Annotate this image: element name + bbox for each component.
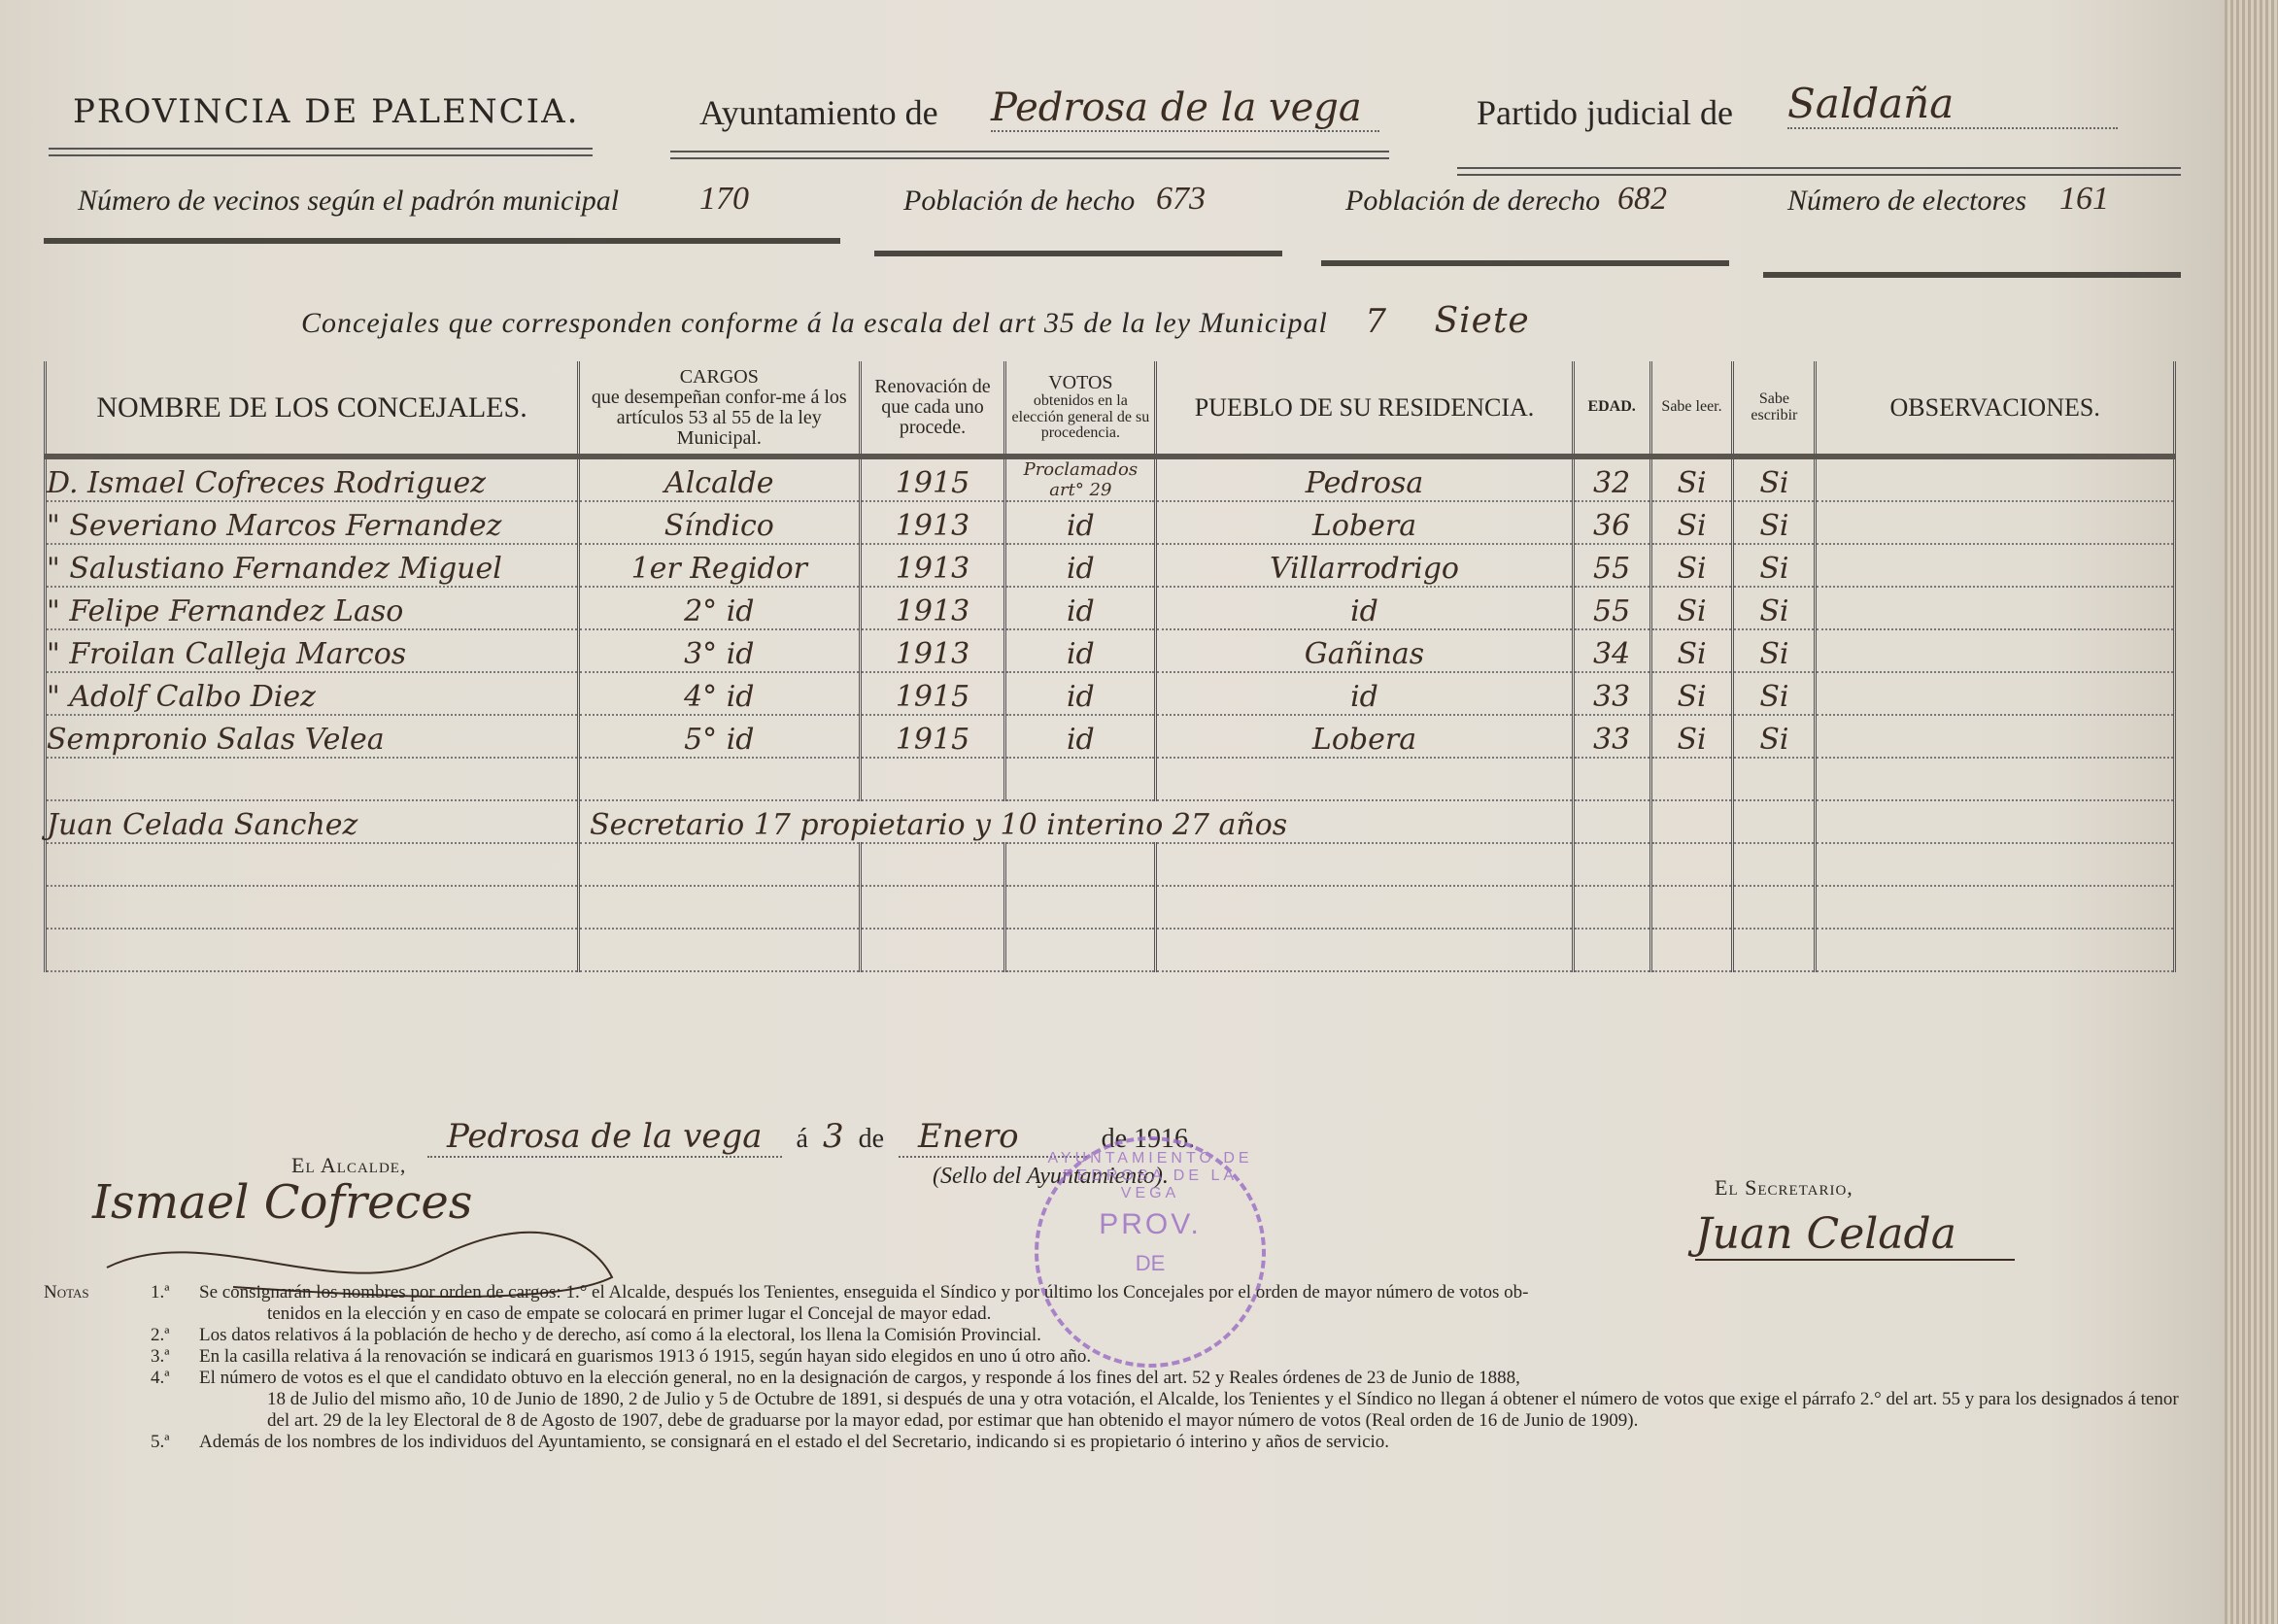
votos-title: VOTOS: [1006, 373, 1154, 393]
cell-escribir: Si: [1733, 457, 1816, 501]
cell-renovacion: [860, 758, 1005, 800]
cell-nombre: D. Ismael Cofreces Rodriguez: [46, 457, 579, 501]
table-row-secretario: Juan Celada Sanchez Secretario 17 propie…: [46, 800, 2175, 843]
cell-pueblo: Lobera: [1156, 501, 1573, 544]
col-leer: Sabe leer.: [1650, 361, 1733, 457]
electores-label: Número de electores: [1787, 185, 2026, 218]
cell-pueblo: Gañinas: [1156, 629, 1573, 672]
cell-escribir: [1733, 800, 1816, 843]
cell-edad: [1573, 886, 1650, 929]
table-row: " Froilan Calleja Marcos 3° id 1913 id G…: [46, 629, 2175, 672]
note-number: 4.ª: [151, 1368, 170, 1389]
book-page-edges: [2225, 0, 2278, 1624]
cell-escribir: [1733, 843, 1816, 886]
cell-votos: id: [1005, 715, 1156, 758]
col-edad: EDAD.: [1573, 361, 1650, 457]
note-number: 3.ª: [151, 1346, 170, 1368]
cell-renovacion: 1913: [860, 587, 1005, 629]
cell-obs: [1816, 929, 2175, 971]
col-cargos: CARGOSque desempeñan confor-me á los art…: [579, 361, 861, 457]
notes-section: Notas 1.ª Se consignarán los nombres por…: [44, 1282, 2181, 1453]
cell-pueblo: [1156, 886, 1573, 929]
note-continuation: tenidos en la elección y en caso de empa…: [199, 1303, 2181, 1325]
cell-cargo: 1er Regidor: [579, 544, 861, 587]
cell-pueblo: Pedrosa: [1156, 457, 1573, 501]
col-observaciones: OBSERVACIONES.: [1816, 361, 2175, 457]
stamp-de: DE: [1038, 1251, 1262, 1276]
table-row: Sempronio Salas Velea 5° id 1915 id Lobe…: [46, 715, 2175, 758]
note-text: Además de los nombres de los individuos …: [199, 1432, 2181, 1453]
cell-leer: Si: [1650, 501, 1733, 544]
cell-nombre: " Felipe Fernandez Laso: [46, 587, 579, 629]
table-row: [46, 886, 2175, 929]
cell-votos: id: [1005, 587, 1156, 629]
document-page: PROVINCIA DE PALENCIA. Ayuntamiento de P…: [0, 0, 2225, 1624]
hecho-value: 673: [1156, 181, 1206, 218]
cell-cargo: 2° id: [579, 587, 861, 629]
cell-pueblo: [1156, 843, 1573, 886]
cell-escribir: [1733, 886, 1816, 929]
cell-pueblo: id: [1156, 672, 1573, 715]
cell-escribir: Si: [1733, 501, 1816, 544]
table-row: " Felipe Fernandez Laso 2° id 1913 id id…: [46, 587, 2175, 629]
cell-nombre: " Severiano Marcos Fernandez: [46, 501, 579, 544]
cell-nombre: [46, 758, 579, 800]
cell-edad: [1573, 800, 1650, 843]
cell-votos: Proclamados art° 29: [1005, 457, 1156, 501]
secretario-signature: Juan Celada: [1695, 1209, 2015, 1261]
table-header-row: NOMBRE DE LOS CONCEJALES. CARGOSque dese…: [46, 361, 2175, 457]
note-text: El número de votos es el que el candidat…: [199, 1368, 2181, 1389]
cell-leer: Si: [1650, 629, 1733, 672]
cell-obs: [1816, 672, 2175, 715]
cell-escribir: Si: [1733, 715, 1816, 758]
table-row: " Severiano Marcos Fernandez Síndico 191…: [46, 501, 2175, 544]
cell-votos: [1005, 929, 1156, 971]
rule: [1321, 260, 1729, 266]
cell-pueblo: id: [1156, 587, 1573, 629]
cell-renovacion: 1915: [860, 715, 1005, 758]
ayuntamiento-value: Pedrosa de la vega: [991, 85, 1379, 132]
cell-pueblo: [1156, 758, 1573, 800]
cell-escribir: Si: [1733, 544, 1816, 587]
col-nombre: NOMBRE DE LOS CONCEJALES.: [46, 361, 579, 457]
cell-renovacion: 1913: [860, 544, 1005, 587]
rule: [670, 151, 1389, 159]
provincia-title: PROVINCIA DE PALENCIA.: [73, 92, 579, 131]
cell-edad: 55: [1573, 544, 1650, 587]
cell-nombre: Juan Celada Sanchez: [46, 800, 579, 843]
cell-leer: Si: [1650, 587, 1733, 629]
derecho-value: 682: [1617, 181, 1667, 218]
cell-pueblo: [1156, 929, 1573, 971]
electores-value: 161: [2059, 181, 2109, 218]
date-a: á: [797, 1124, 808, 1154]
rule: [874, 251, 1282, 256]
col-escribir: Sabe escribir: [1733, 361, 1816, 457]
cell-renovacion: [860, 929, 1005, 971]
cell-nombre: " Froilan Calleja Marcos: [46, 629, 579, 672]
cell-escribir: [1733, 758, 1816, 800]
table-row: " Adolf Calbo Diez 4° id 1915 id id 33 S…: [46, 672, 2175, 715]
cell-votos: [1005, 758, 1156, 800]
rule: [49, 148, 593, 156]
cell-edad: 33: [1573, 715, 1650, 758]
concejales-number: 7: [1365, 302, 1387, 341]
concejales-table: NOMBRE DE LOS CONCEJALES. CARGOSque dese…: [44, 361, 2176, 972]
cell-edad: [1573, 758, 1650, 800]
table-row: [46, 843, 2175, 886]
cell-cargo: Síndico: [579, 501, 861, 544]
col-pueblo: PUEBLO DE SU RESIDENCIA.: [1156, 361, 1573, 457]
cell-edad: [1573, 843, 1650, 886]
concejales-words: Siete: [1434, 301, 1529, 341]
cell-cargo: [579, 886, 861, 929]
date-de: de: [859, 1124, 884, 1154]
table-row: [46, 929, 2175, 971]
note-item: 1.ª Se consignarán los nombres por orden…: [44, 1282, 2181, 1325]
cell-votos: id: [1005, 629, 1156, 672]
table-row: D. Ismael Cofreces Rodriguez Alcalde 191…: [46, 457, 2175, 501]
cell-cargo: 3° id: [579, 629, 861, 672]
cell-cargo: 5° id: [579, 715, 861, 758]
cell-escribir: [1733, 929, 1816, 971]
stamp-ring-text: AYUNTAMIENTO DE PEDROSA DE LA VEGA: [1038, 1150, 1262, 1202]
cargos-title: CARGOS: [580, 367, 859, 388]
cell-edad: 32: [1573, 457, 1650, 501]
cell-leer: Si: [1650, 672, 1733, 715]
cell-renovacion: 1915: [860, 457, 1005, 501]
note-text: En la casilla relativa á la renovación s…: [199, 1346, 2181, 1368]
cell-renovacion: 1915: [860, 672, 1005, 715]
cell-renovacion: [860, 843, 1005, 886]
note-item: 3.ª En la casilla relativa á la renovaci…: [44, 1346, 2181, 1368]
cell-obs: [1816, 501, 2175, 544]
cell-edad: 34: [1573, 629, 1650, 672]
cell-leer: Si: [1650, 544, 1733, 587]
cell-leer: [1650, 843, 1733, 886]
note-number: 1.ª: [151, 1282, 170, 1303]
rule: [1763, 272, 2181, 278]
cell-renovacion: [860, 886, 1005, 929]
cell-cargo: [579, 929, 861, 971]
cell-leer: Si: [1650, 715, 1733, 758]
cell-cargo: [579, 758, 861, 800]
table-row: " Salustiano Fernandez Miguel 1er Regido…: [46, 544, 2175, 587]
cell-leer: [1650, 886, 1733, 929]
date-day: 3: [823, 1117, 844, 1156]
cell-votos: id: [1005, 501, 1156, 544]
rule: [1457, 167, 2181, 176]
cell-edad: 55: [1573, 587, 1650, 629]
cell-edad: 33: [1573, 672, 1650, 715]
cell-renovacion: 1913: [860, 629, 1005, 672]
table-row: [46, 758, 2175, 800]
cell-obs: [1816, 843, 2175, 886]
note-number: 2.ª: [151, 1325, 170, 1346]
hecho-label: Población de hecho: [903, 185, 1135, 218]
cell-obs: [1816, 886, 2175, 929]
cell-leer: [1650, 800, 1733, 843]
partido-value: Saldaña: [1787, 80, 2118, 129]
cell-renovacion: 1913: [860, 501, 1005, 544]
vecinos-label: Número de vecinos según el padrón munici…: [78, 185, 619, 218]
cell-leer: [1650, 929, 1733, 971]
cell-obs: [1816, 758, 2175, 800]
cell-nombre: [46, 886, 579, 929]
cell-pueblo: Villarrodrigo: [1156, 544, 1573, 587]
note-text: Se consignarán los nombres por orden de …: [199, 1282, 2181, 1303]
cell-escribir: Si: [1733, 672, 1816, 715]
cell-nombre: Sempronio Salas Velea: [46, 715, 579, 758]
cell-obs: [1816, 587, 2175, 629]
cell-nombre: " Adolf Calbo Diez: [46, 672, 579, 715]
cell-nombre: [46, 929, 579, 971]
vecinos-value: 170: [699, 181, 749, 218]
cell-cargo: 4° id: [579, 672, 861, 715]
cell-edad: 36: [1573, 501, 1650, 544]
cell-nombre: [46, 843, 579, 886]
col-renovacion: Renovación de que cada uno procede.: [860, 361, 1005, 457]
cell-votos: id: [1005, 544, 1156, 587]
concejales-text: Concejales que corresponden conforme á l…: [301, 307, 1328, 339]
concejales-label: Concejales que corresponden conforme á l…: [301, 301, 1530, 341]
note-continuation: 18 de Julio del mismo año, 10 de Junio d…: [199, 1389, 2181, 1432]
cell-votos: [1005, 886, 1156, 929]
cell-escribir: Si: [1733, 587, 1816, 629]
cell-obs: [1816, 544, 2175, 587]
cell-leer: [1650, 758, 1733, 800]
rule: [44, 238, 840, 244]
cargos-sub: que desempeñan confor-me á los artículos…: [580, 388, 859, 449]
note-text: Los datos relativos á la población de he…: [199, 1325, 2181, 1346]
cell-cargo: [579, 843, 861, 886]
cell-leer: Si: [1650, 457, 1733, 501]
col-votos: VOTOSobtenidos en la elección general de…: [1005, 361, 1156, 457]
partido-label: Partido judicial de: [1477, 92, 1733, 133]
cell-obs: [1816, 715, 2175, 758]
votos-sub: obtenidos en la elección general de su p…: [1006, 393, 1154, 442]
cell-obs: [1816, 629, 2175, 672]
cell-pueblo: Lobera: [1156, 715, 1573, 758]
ayuntamiento-label: Ayuntamiento de: [699, 92, 938, 133]
date-place: Pedrosa de la vega: [427, 1117, 782, 1158]
note-item: 5.ª Además de los nombres de los individ…: [44, 1432, 2181, 1453]
cell-votos: id: [1005, 672, 1156, 715]
cell-cargo: Secretario 17 propietario y 10 interino …: [579, 800, 1574, 843]
cell-obs: [1816, 457, 2175, 501]
derecho-label: Población de derecho: [1345, 185, 1600, 218]
stamp-prov: PROV.: [1038, 1208, 1262, 1241]
note-item: 2.ª Los datos relativos á la población d…: [44, 1325, 2181, 1346]
cell-nombre: " Salustiano Fernandez Miguel: [46, 544, 579, 587]
cell-votos: [1005, 843, 1156, 886]
secretario-label: El Secretario,: [1715, 1175, 1853, 1201]
note-number: 5.ª: [151, 1432, 170, 1453]
note-item: 4.ª El número de votos es el que el cand…: [44, 1368, 2181, 1432]
cell-cargo: Alcalde: [579, 457, 861, 501]
cell-obs: [1816, 800, 2175, 843]
cell-escribir: Si: [1733, 629, 1816, 672]
cell-edad: [1573, 929, 1650, 971]
